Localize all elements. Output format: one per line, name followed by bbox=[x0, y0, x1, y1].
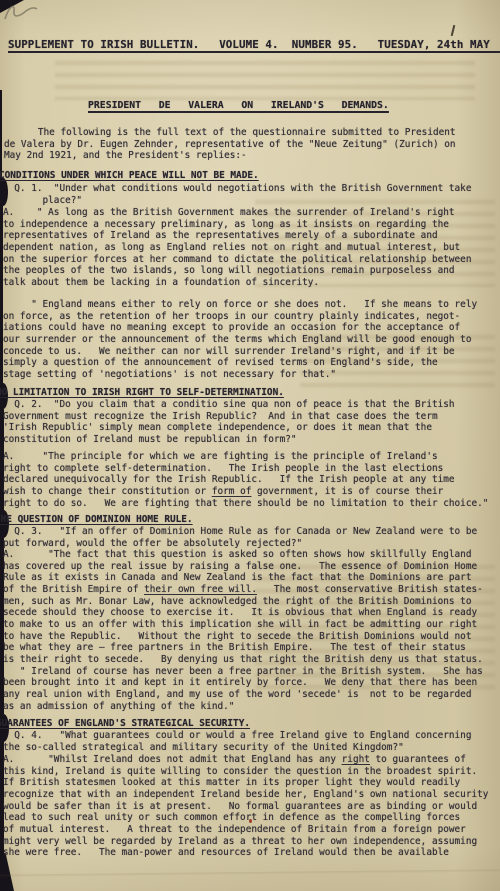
text-line: A. "The principle for which we are fight… bbox=[3, 451, 488, 463]
text-line: any real union with England, and my use … bbox=[3, 689, 483, 701]
text-line: right to do so. We are fighting that the… bbox=[3, 498, 488, 510]
pencil-mark bbox=[2, 2, 40, 24]
text-line: representatives of Ireland as the repres… bbox=[3, 230, 471, 242]
text-line: as an admission of anything of the kind.… bbox=[3, 701, 483, 713]
text-line: she were free. The man-power and resourc… bbox=[3, 847, 488, 859]
text-line: Q. 4. "What guarantees could or would a … bbox=[3, 730, 471, 742]
answer-1-continued: " England means either to rely on force … bbox=[3, 299, 477, 381]
text-line: dependent nation, as long as England rel… bbox=[3, 242, 471, 254]
text-line: simply a question of the announcement of… bbox=[3, 357, 477, 369]
question-4: Q. 4. "What guarantees could or would a … bbox=[3, 730, 471, 753]
text-line: de Valera by Dr. Eugen Zehnder, represen… bbox=[4, 139, 456, 151]
text-line: declared unequivocally for the Irish Rep… bbox=[3, 474, 488, 486]
text-line: to make to us an offer with this implica… bbox=[3, 619, 483, 631]
question-3: Q. 3. "If an offer of Dominion Home Rule… bbox=[3, 526, 477, 549]
bleedthrough-texture bbox=[55, 56, 475, 100]
text-line: Q. 2. "Do you claim that a conditio sine… bbox=[3, 399, 455, 411]
text-line: on force, as the retention of her troops… bbox=[3, 311, 477, 323]
text-line: the so-called strategical and military s… bbox=[3, 742, 471, 754]
underlined-text: right bbox=[342, 754, 370, 765]
text-line: of the British Empire of their own free … bbox=[3, 584, 483, 596]
text-line: the peoples of the two islands, so long … bbox=[3, 265, 471, 277]
text-line: If British statesmen looked at this matt… bbox=[3, 777, 488, 789]
text-line: The following is the full text of the qu… bbox=[4, 127, 456, 139]
underlined-text: their own free will. bbox=[144, 584, 257, 595]
text-line: right to complete self-determination. Th… bbox=[3, 463, 488, 475]
text-line: secede should they choose to exercise it… bbox=[3, 607, 483, 619]
question-2: Q. 2. "Do you claim that a conditio sine… bbox=[3, 399, 455, 446]
text-line: to have the Republic. Without the right … bbox=[3, 631, 483, 643]
text-line: Rule as it exists in Canada and New Zeal… bbox=[3, 572, 483, 584]
section-heading-strategical-security: GUARANTEES OF ENGLAND'S STRATEGICAL SECU… bbox=[0, 718, 250, 730]
underlined-text: form of bbox=[212, 486, 252, 497]
text-line: iations could have no meaning except to … bbox=[3, 322, 477, 334]
answer-2: A. "The principle for which we are fight… bbox=[3, 451, 488, 509]
paper-crease bbox=[0, 869, 500, 877]
scan-edge-mark bbox=[0, 90, 2, 182]
section-heading-conditions: CONDITIONS UNDER WHICH PEACE WILL NOT BE… bbox=[0, 170, 259, 182]
text-line: be what they are — free partners in the … bbox=[3, 642, 483, 654]
text-line: constitution of Ireland must be republic… bbox=[3, 434, 455, 446]
text-line: on the superior forces at her command to… bbox=[3, 254, 471, 266]
text-line: this kind, Ireland is quite willing to c… bbox=[3, 766, 488, 778]
text-line: been brought into it and kept in it enti… bbox=[3, 677, 483, 689]
text-line: our surrender or the announcement of the… bbox=[3, 334, 477, 346]
text-line: " Ireland of course has never been a fre… bbox=[3, 666, 483, 678]
answer-3: A. "The fact that this question is asked… bbox=[3, 549, 483, 712]
text-line: A. " As long as the British Government m… bbox=[3, 207, 471, 219]
section-heading-self-determination: NO LIMITATION TO IRISH RIGHT TO SELF-DET… bbox=[0, 387, 284, 399]
answer-1: A. " As long as the British Government m… bbox=[3, 207, 471, 289]
text-line: place?" bbox=[3, 195, 471, 207]
pen-tick-mark bbox=[451, 25, 456, 36]
text-line: Q. 3. "If an offer of Dominion Home Rule… bbox=[3, 526, 477, 538]
text-line: stage setting of 'negotiations' is not n… bbox=[3, 369, 477, 381]
text-line: has covered up the real issue by raising… bbox=[3, 561, 483, 573]
text-line: put forward, would the offer be absolute… bbox=[3, 538, 477, 550]
text-line: lead to such real unity or such common e… bbox=[3, 812, 488, 824]
text-line: Government must recognize the Irish Repu… bbox=[3, 411, 455, 423]
document-page: SUPPLEMENT TO IRISH BULLETIN. VOLUME 4. … bbox=[0, 0, 500, 891]
page-title: PRESIDENT DE VALERA ON IRELAND'S DEMANDS… bbox=[88, 100, 389, 112]
text-line: wish to change their constitution or for… bbox=[3, 486, 488, 498]
text-line: to independence a necessary preliminary,… bbox=[3, 219, 471, 231]
text-line: A. "The fact that this question is asked… bbox=[3, 549, 483, 561]
question-1: Q. 1. "Under what conditions would negot… bbox=[3, 183, 471, 206]
text-line: Q. 1. "Under what conditions would negot… bbox=[3, 183, 471, 195]
text-line: is their right to secede. By denying us … bbox=[3, 654, 483, 666]
text-line: 'Irish Republic' simply mean complete in… bbox=[3, 422, 455, 434]
text-line: A. "Whilst Ireland does not admit that E… bbox=[3, 754, 488, 766]
text-line: of mutual interest. A threat to the inde… bbox=[3, 824, 488, 836]
text-line: recognize that with an independent Irela… bbox=[3, 789, 488, 801]
text-line: men, such as Mr. Bonar Law, have acknowl… bbox=[3, 596, 483, 608]
text-line: May 2nd 1921, and the President's replie… bbox=[4, 150, 456, 162]
section-heading-dominion-home-rule: THE QUESTION OF DOMINION HOME RULE. bbox=[0, 514, 193, 526]
intro-paragraph: The following is the full text of the qu… bbox=[4, 127, 456, 162]
text-line: might very well be regarded by Ireland a… bbox=[3, 836, 488, 848]
answer-4: A. "Whilst Ireland does not admit that E… bbox=[3, 754, 488, 859]
text-line: concede to us. We neither can nor will s… bbox=[3, 346, 477, 358]
text-line: " England means either to rely on force … bbox=[3, 299, 477, 311]
text-line: would be safer than it is at present. No… bbox=[3, 801, 488, 813]
masthead: SUPPLEMENT TO IRISH BULLETIN. VOLUME 4. … bbox=[8, 39, 500, 51]
text-line: talk about them be lacking in a foundati… bbox=[3, 277, 471, 289]
